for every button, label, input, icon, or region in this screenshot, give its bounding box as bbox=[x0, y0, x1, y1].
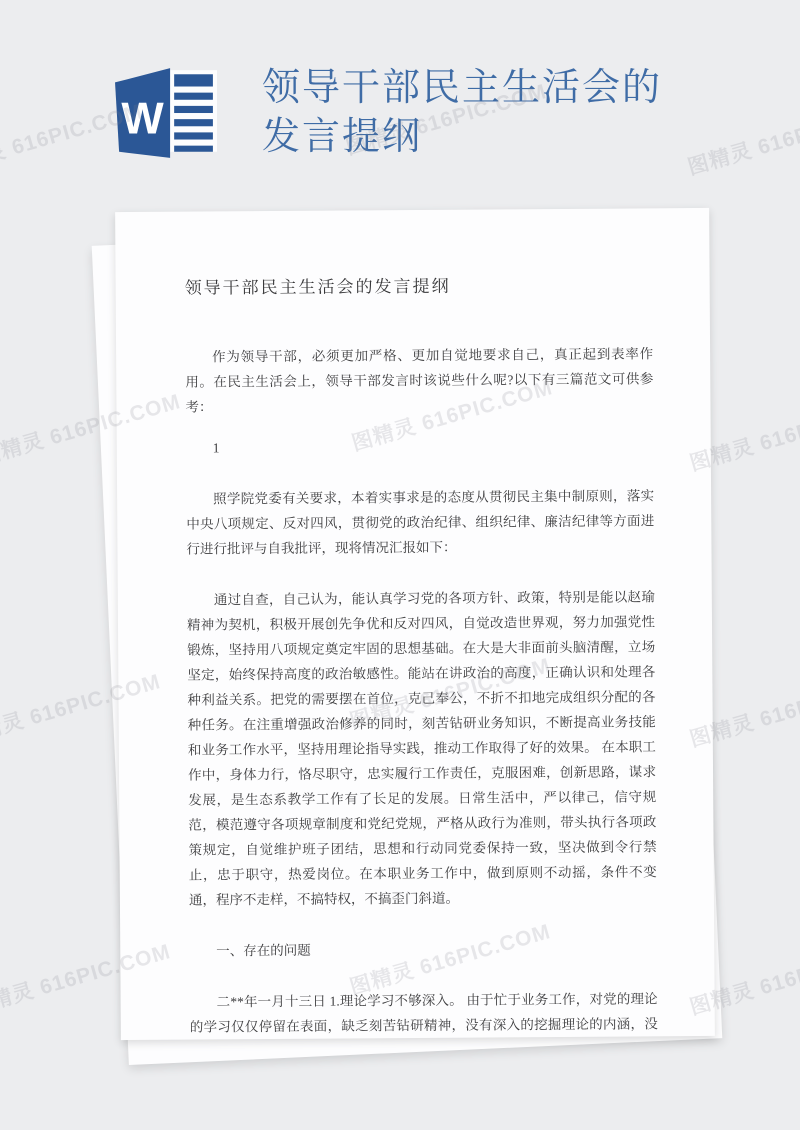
document-paragraph: 通过自查，自己认为，能认真学习党的各项方针、政策，特别是能以赵瑜精神为契机，积极… bbox=[187, 584, 657, 912]
preview-background: W 领导干部民主生活会的 发言提纲 领导干部民主生活会的发言提纲 作为领导干部，… bbox=[0, 0, 800, 1130]
document-paragraph: 作为领导干部，必须更加严格、更加自觉地要求自己，真正起到表率作用。在民主生活会上… bbox=[185, 341, 654, 419]
document-section-number: 1 bbox=[186, 432, 654, 460]
word-icon: W bbox=[108, 60, 224, 164]
document-paragraph: 照学院党委有关要求，本着实事求是的态度从贯彻民主集中制原则，落实中央八项规定、反… bbox=[186, 483, 655, 561]
header: W 领导干部民主生活会的 发言提纲 bbox=[0, 0, 800, 200]
page-title-line1: 领导干部民主生活会的 bbox=[262, 64, 742, 113]
word-icon-letter: W bbox=[121, 92, 164, 143]
document-paragraph: 二**年一月十三日 1.理论学习不够深入。 由于忙于业务工作，对党的理论的学习仅… bbox=[190, 986, 659, 1040]
document-title: 领导干部民主生活会的发言提纲 bbox=[185, 270, 653, 298]
document-section-heading: 一、存在的问题 bbox=[189, 935, 657, 963]
page-title: 领导干部民主生活会的 发言提纲 bbox=[262, 64, 742, 162]
page-title-line2: 发言提纲 bbox=[262, 113, 742, 162]
document-page-front: 领导干部民主生活会的发言提纲 作为领导干部，必须更加严格、更加自觉地要求自己，真… bbox=[115, 208, 715, 1040]
document-content: 领导干部民主生活会的发言提纲 作为领导干部，必须更加严格、更加自觉地要求自己，真… bbox=[115, 208, 715, 1040]
